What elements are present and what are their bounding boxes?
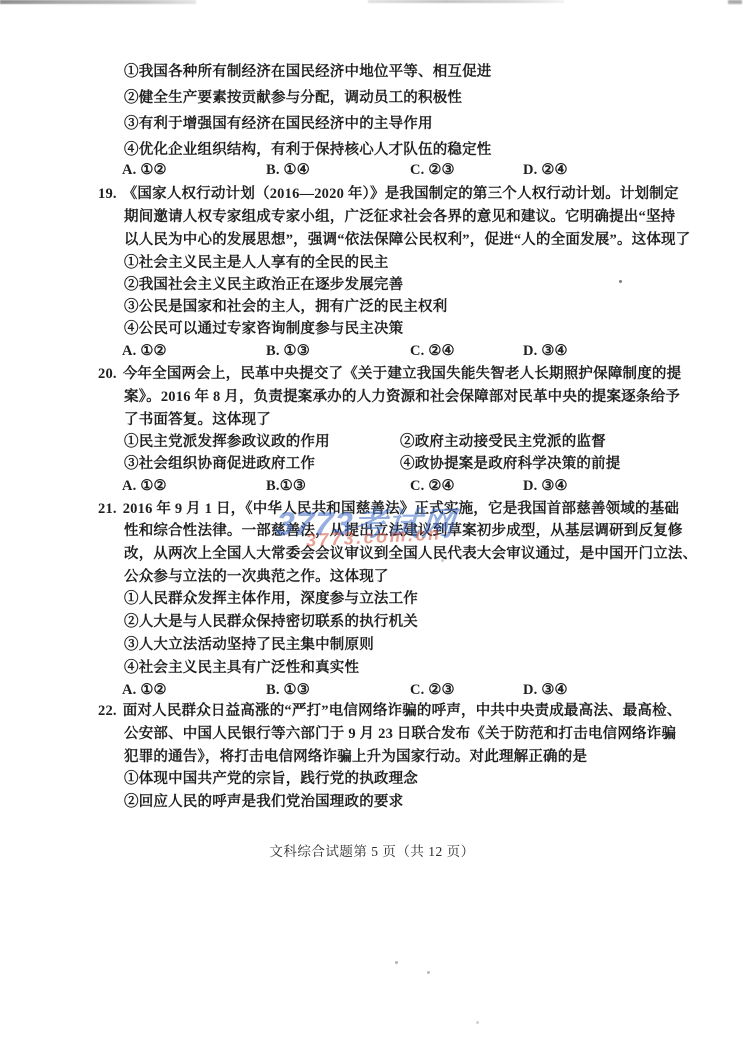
q18-option-4: ④优化企业组织结构，有利于保持核心人才队伍的稳定性 (124, 140, 492, 160)
q20-option-1: ①民主党派发挥参政议政的作用 (124, 432, 330, 452)
q21-choice-c: C. ②③ (410, 680, 455, 700)
scan-speck (395, 961, 398, 964)
q19-option-4: ④公民可以通过专家咨询制度参与民主决策 (124, 319, 403, 339)
scan-artifact-top-middle (368, 0, 564, 3)
q21-option-3: ③人大立法活动坚持了民主集中制原则 (124, 635, 374, 655)
page-footer: 文科综合试题第 5 页（共 12 页） (0, 840, 744, 860)
scan-artifact-top-right (728, 0, 742, 4)
scan-speck (619, 280, 622, 283)
q22-stem-text-1: 面对人民群众日益高涨的“严打”电信网络诈骗的呼声，中共中央责成最高法、最高检、 (123, 703, 682, 719)
scan-speck (427, 971, 430, 974)
q19-stem-line-2: 期间邀请人权专家组成专家小组，广泛征求社会各界的意见和建议。它明确提出“坚持 (124, 207, 675, 227)
q21-number: 21. (98, 499, 117, 519)
q20-option-3: ③社会组织协商促进政府工作 (124, 454, 315, 474)
exam-paper-page: ①我国各种所有制经济在国民经济中地位平等、相互促进 ②健全生产要素按贡献参与分配… (0, 0, 744, 1052)
q21-option-2: ②人大是与人民群众保持密切联系的执行机关 (124, 612, 418, 632)
scan-speck (441, 559, 444, 562)
q19-stem-line-3: 以人民为中心的发展思想”，强调“依法保障公民权利”，促进“人的全面发展”。这体现… (124, 230, 690, 250)
q19-choice-a: A. ①② (122, 341, 167, 361)
q20-choice-b: B.①③ (266, 476, 306, 496)
q18-choice-b: B. ①④ (266, 160, 310, 180)
q19-option-2: ②我国社会主义民主政治正在逐步发展完善 (124, 275, 403, 295)
scan-artifact-top-left (0, 0, 196, 4)
q19-stem-line-1: 19.《国家人权行动计划（2016—2020 年）》是我国制定的第三个人权行动计… (98, 184, 679, 204)
q19-option-3: ③公民是国家和社会的主人，拥有广泛的民主权利 (124, 297, 447, 317)
q18-option-2: ②健全生产要素按贡献参与分配，调动员工的积极性 (124, 88, 462, 108)
q21-option-4: ④社会主义民主具有广泛性和真实性 (124, 658, 359, 678)
q21-stem-line-1: 21.2016 年 9 月 1 日，《中华人民共和国慈善法》正式实施，它是我国首… (98, 499, 679, 519)
q20-stem-line-3: 了书面答复。这体现了 (124, 410, 271, 430)
q21-stem-line-4: 公众参与立法的一次典范之作。这体现了 (124, 567, 389, 587)
q19-stem-text-1: 《国家人权行动计划（2016—2020 年）》是我国制定的第三个人权行动计划。计… (123, 186, 679, 202)
q21-option-1: ①人民群众发挥主体作用，深度参与立法工作 (124, 589, 418, 609)
q20-stem-line-2: 案》。2016 年 8 月，负责提案承办的人力资源和社会保障部对民革中央的提案逐… (124, 387, 680, 407)
q21-stem-text-1: 2016 年 9 月 1 日，《中华人民共和国慈善法》正式实施，它是我国首部慈善… (123, 501, 679, 517)
q20-option-4: ④政协提案是政府科学决策的前提 (400, 454, 621, 474)
q20-choice-a: A. ①② (122, 476, 167, 496)
q20-choice-d: D. ③④ (523, 476, 568, 496)
q22-stem-line-3: 犯罪的通告》，将打击电信网络诈骗上升为国家行动。对此理解正确的是 (124, 747, 587, 767)
q21-choice-b: B. ①③ (266, 680, 310, 700)
q18-choice-c: C. ②③ (410, 160, 455, 180)
q19-number: 19. (98, 184, 117, 204)
q22-option-1: ①体现中国共产党的宗旨，践行党的执政理念 (124, 769, 418, 789)
q21-stem-line-3: 改，从两次上全国人大常委会会议审议到全国人民代表大会审议通过，是中国开门立法、 (124, 544, 697, 564)
q19-option-1: ①社会主义民主是人人享有的全民的民主 (124, 253, 389, 273)
q18-choice-row: A. ①② B. ①④ C. ②③ D. ②④ (122, 160, 592, 180)
q22-option-2: ②回应人民的呼声是我们党治国理政的要求 (124, 792, 403, 812)
q20-number: 20. (98, 364, 117, 384)
q19-choice-row: A. ①② B. ①③ C. ②④ D. ③④ (122, 341, 592, 361)
q18-option-1: ①我国各种所有制经济在国民经济中地位平等、相互促进 (124, 62, 492, 82)
q18-choice-d: D. ②④ (523, 160, 568, 180)
q20-option-2: ②政府主动接受民主党派的监督 (400, 432, 606, 452)
q22-stem-line-1: 22.面对人民群众日益高涨的“严打”电信网络诈骗的呼声，中共中央责成最高法、最高… (98, 701, 682, 721)
q19-choice-d: D. ③④ (523, 341, 568, 361)
q20-stem-text-1: 今年全国两会上，民革中央提交了《关于建立我国失能失智老人长期照护保障制度的提 (123, 366, 682, 382)
q22-stem-line-2: 公安部、中国人民银行等六部门于 9 月 23 日联合发布《关于防范和打击电信网络… (124, 724, 676, 744)
q19-choice-c: C. ②④ (410, 341, 455, 361)
scan-speck (476, 1021, 479, 1024)
q20-option-row-2: ③社会组织协商促进政府工作 ④政协提案是政府科学决策的前提 (124, 454, 664, 474)
q21-choice-row: A. ①② B. ①③ C. ②③ D. ③④ (122, 680, 592, 700)
q22-number: 22. (98, 701, 117, 721)
q21-choice-d: D. ③④ (523, 680, 568, 700)
q21-choice-a: A. ①② (122, 680, 167, 700)
q20-option-row-1: ①民主党派发挥参政议政的作用 ②政府主动接受民主党派的监督 (124, 432, 664, 452)
q18-choice-a: A. ①② (122, 160, 167, 180)
q19-choice-b: B. ①③ (266, 341, 310, 361)
q20-choice-row: A. ①② B.①③ C. ②④ D. ③④ (122, 476, 592, 496)
q20-choice-c: C. ②④ (410, 476, 455, 496)
q20-stem-line-1: 20.今年全国两会上，民革中央提交了《关于建立我国失能失智老人长期照护保障制度的… (98, 364, 681, 384)
q21-stem-line-2: 性和综合性法律。一部慈善法，从提出立法建议到草案初步成型，从基层调研到反复修 (124, 521, 683, 541)
q18-option-3: ③有利于增强国有经济在国民经济中的主导作用 (124, 114, 433, 134)
